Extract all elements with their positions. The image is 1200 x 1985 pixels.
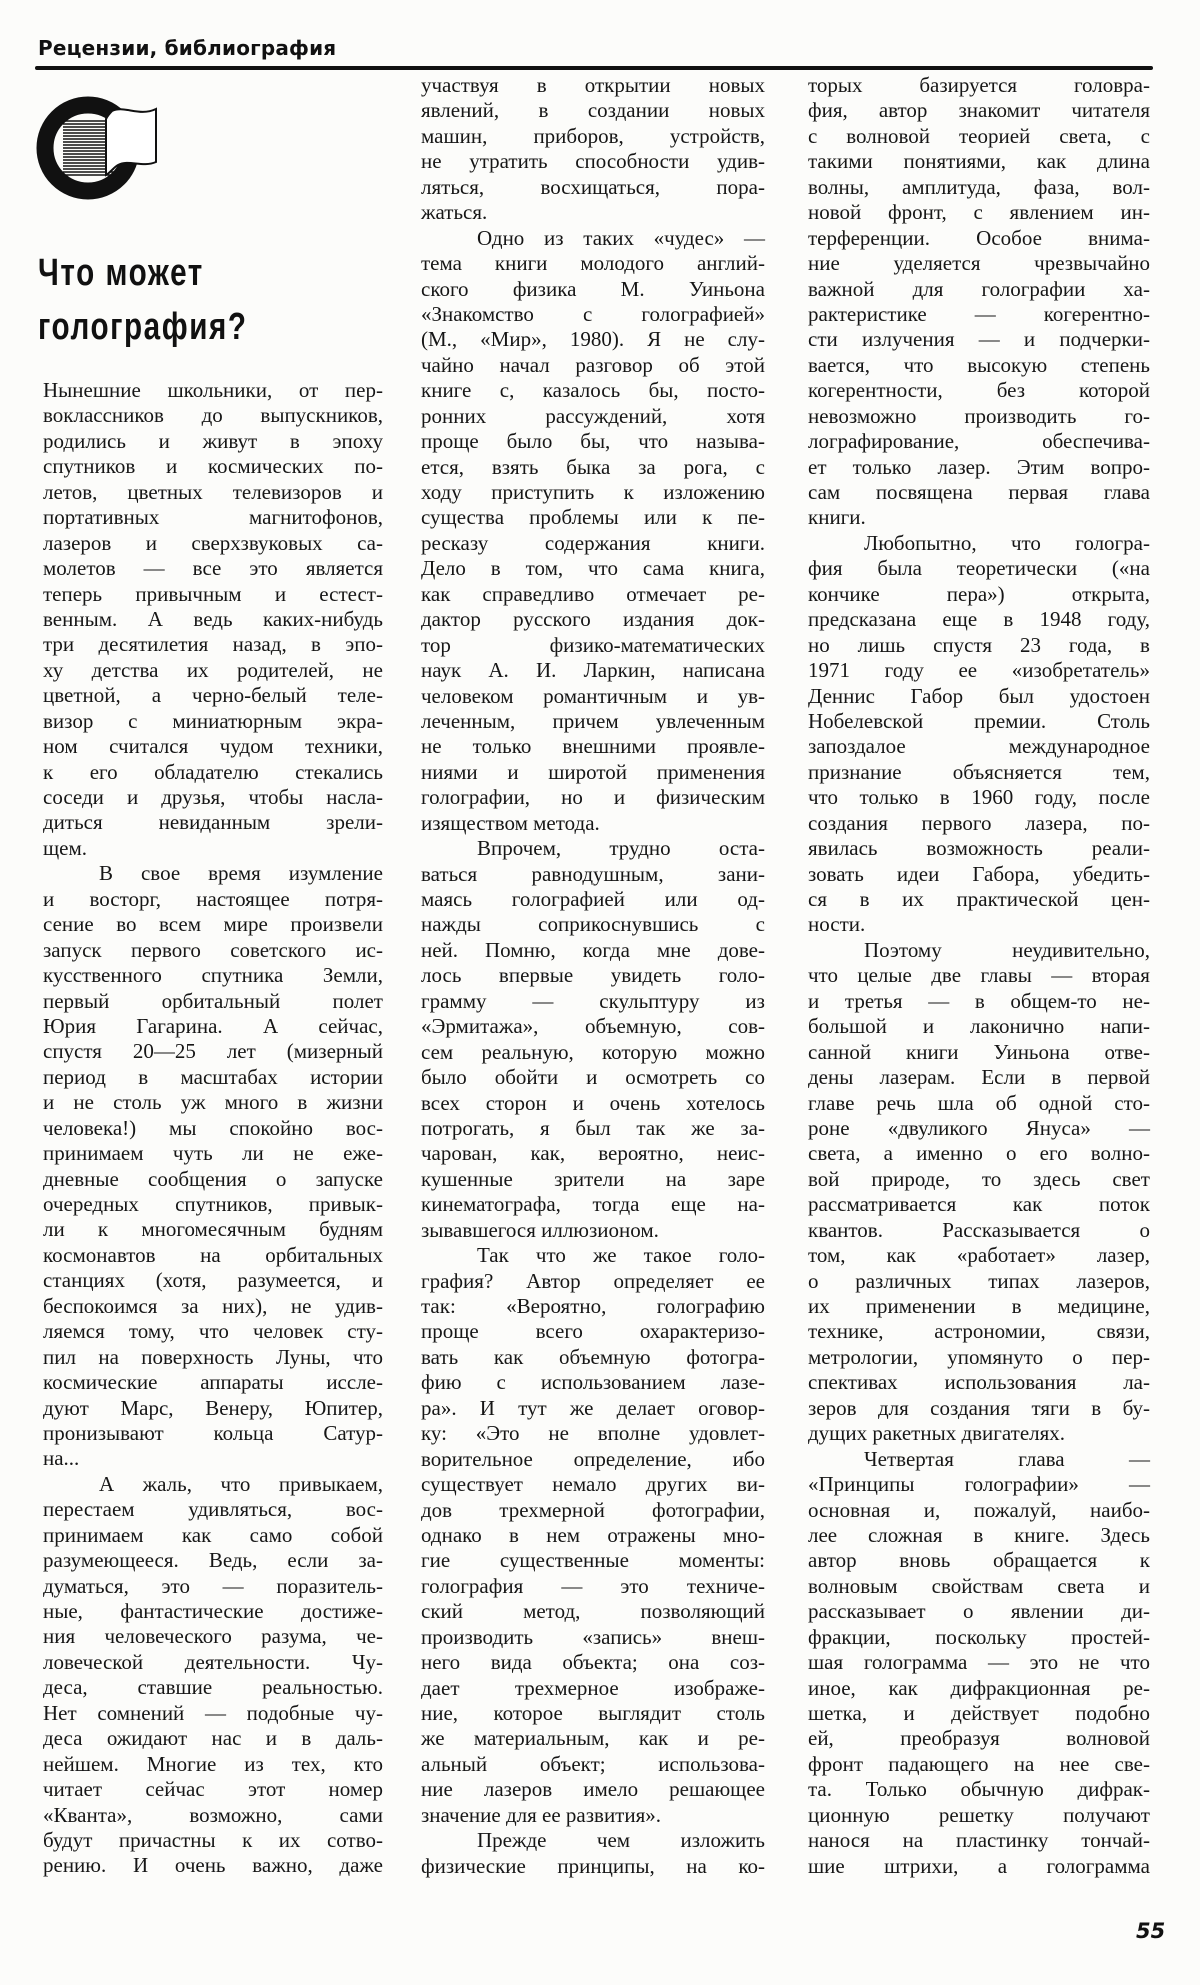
text-line: Деловтом,чтосамакнига, — [421, 556, 765, 581]
paragraph: Преждечемизложитьфизическиепринципы,нако… — [421, 1828, 765, 1879]
text-line: «Принципыголографии»— — [808, 1472, 1150, 1497]
text-line: существуетнемалодругихви- — [421, 1472, 765, 1497]
text-line: ДеннисГаборбылудостоен — [808, 684, 1150, 709]
text-column-2: участвуявоткрытииновыхявлений,всозданиин… — [421, 73, 765, 1879]
text-line: спустя20—25лет(мизерный — [43, 1039, 383, 1064]
text-line: ликмногомесячнымбудням — [43, 1217, 383, 1242]
text-line: каксправедливоотмечаетре- — [421, 582, 765, 607]
text-line: спутниковикосмическихпо- — [43, 454, 383, 479]
title-line-2: голография? — [38, 300, 248, 354]
text-line: ватькакобъемнуюфотогра- — [421, 1345, 765, 1370]
text-line: периодвмасштабахистории — [43, 1065, 383, 1090]
header-rule — [35, 66, 1153, 70]
paragraph: Четвертаяглава—«Принципыголографии»—осно… — [808, 1447, 1150, 1879]
text-line: «Кванта»,возможно,сами — [43, 1803, 383, 1828]
text-line: существапроблемыиликпе- — [421, 505, 765, 530]
text-line: вается,чтовысокуюстепень — [808, 353, 1150, 378]
text-line: космическиеаппаратыиссле- — [43, 1370, 383, 1395]
text-line: Нынешниешкольники,отпер- — [43, 378, 383, 403]
text-line: оразличныхтипахлазеров, — [808, 1269, 1150, 1294]
text-line: фия,авторзнакомитчитателя — [808, 98, 1150, 123]
text-line: кинематографа,тогдаещена- — [421, 1192, 765, 1217]
paragraph: Всвоевремяизумлениеивосторг,настоящеепот… — [43, 861, 383, 1472]
text-line: дневныесообщенияозапуске — [43, 1167, 383, 1192]
text-line: разумеющееся.Ведь,еслиза- — [43, 1548, 383, 1573]
title-line-1: Что может — [38, 246, 248, 300]
text-line: щем. — [43, 836, 383, 861]
text-line: ется,взятьбыказарога,с — [421, 455, 765, 480]
text-line: ватьсяравнодушным,зани- — [421, 862, 765, 887]
text-line: всехсторониоченьхотелось — [421, 1091, 765, 1116]
text-line: рению.Иоченьважно,даже — [43, 1853, 383, 1878]
text-line: жаться. — [421, 200, 765, 225]
text-line: предсказанаещев1948году, — [808, 607, 1150, 632]
text-line: созданияпервоголазера,по- — [808, 811, 1150, 836]
text-line: фронтпадающегонанеесве- — [808, 1752, 1150, 1777]
text-line: прощебылобы,чтоназыва- — [421, 429, 765, 454]
text-line: маясьголографиейилиод- — [421, 887, 765, 912]
text-line: леченным,причемувлеченным — [421, 709, 765, 734]
text-line: грамму—скульптуруиз — [421, 989, 765, 1014]
text-line: метрологии,упомянутоопер- — [808, 1345, 1150, 1370]
text-line: зывавшегося иллюзионом. — [421, 1218, 765, 1243]
text-line: явиласьвозможностьреали- — [808, 836, 1150, 861]
text-line: Преждечемизложить — [421, 1828, 765, 1853]
text-line: фиюсиспользованиемлазе- — [421, 1370, 765, 1395]
paragraph: Впрочем,труднооста-ватьсяравнодушным,зан… — [421, 836, 765, 1243]
text-line: ку:«Этоневполнеудовлет- — [421, 1421, 765, 1446]
text-line: однаковнемотраженымно- — [421, 1523, 765, 1548]
text-line: ционнуюрешеткуполучают — [808, 1803, 1150, 1828]
text-line: Такчтожетакоеголо- — [421, 1243, 765, 1268]
text-line: дуютМарс,Венеру,Юпитер, — [43, 1396, 383, 1421]
paragraph: Одноизтаких«чудес»—темакнигимолодогоангл… — [421, 226, 765, 837]
text-line: номсчиталсячудомтехники, — [43, 734, 383, 759]
text-line: «Знакомствосголографией» — [421, 302, 765, 327]
text-line: главеречьшлаободнойсто- — [808, 1091, 1150, 1116]
text-line: кончикепера»)открыта, — [808, 582, 1150, 607]
text-line: «Эрмитажа»,объемную,сов- — [421, 1014, 765, 1039]
text-line: кушенныезрителиназаре — [421, 1167, 765, 1192]
text-line: потрогать,ябылтакжеза- — [421, 1116, 765, 1141]
text-line: машин,приборов,устройств, — [421, 124, 765, 149]
text-line: нетольковнешнимипроявле- — [421, 734, 765, 759]
text-line: неговидаобъекта;онасоз- — [421, 1650, 765, 1675]
text-line: книгес,казалосьбы,посто- — [421, 378, 765, 403]
text-line: наждысоприкоснувшисьс — [421, 912, 765, 937]
text-line: читаетсейчасэтотномер — [43, 1777, 383, 1802]
text-line: лосьвпервыеувидетьголо- — [421, 963, 765, 988]
text-line: гиесущественныемоменты: — [421, 1548, 765, 1573]
text-line: графия?Авторопределяетее — [421, 1269, 765, 1294]
text-line: физическиепринципы,нако- — [421, 1854, 765, 1879]
text-line: торыхбазируетсяголовра- — [808, 73, 1150, 98]
text-line: дущих ракетных двигателях. — [808, 1421, 1150, 1446]
text-line: молетов—всеэтоявляется — [43, 556, 383, 581]
text-line: признаниеобъясняетсятем, — [808, 760, 1150, 785]
section-header: Рецензии, библиография — [38, 36, 336, 60]
text-line: принимаемчутьлинееже- — [43, 1141, 383, 1166]
text-line: ниячеловеческогоразума,че- — [43, 1624, 383, 1649]
text-line: невозможнопроизводитьго- — [808, 404, 1150, 429]
text-line: технике,астрономии,связи, — [808, 1319, 1150, 1344]
text-line: цветной,ачерно-белыйтеле- — [43, 683, 383, 708]
text-line: фиябылатеоретически(«на — [808, 556, 1150, 581]
text-line: запускпервогосоветскогоис- — [43, 938, 383, 963]
text-line: чайноначалразговоробэтой — [421, 353, 765, 378]
text-line: та.Толькообычнуюдифрак- — [808, 1777, 1150, 1802]
text-line: Поэтомунеудивительно, — [808, 938, 1150, 963]
text-line: том,как«работает»лазер, — [808, 1243, 1150, 1268]
text-line: ляемсятому,чточеловексту- — [43, 1319, 383, 1344]
text-line: новойфронт,сявлениемин- — [808, 200, 1150, 225]
text-line: думаться,это—поразитель- — [43, 1574, 383, 1599]
text-line: очередныхспутников,привык- — [43, 1192, 383, 1217]
text-line: ивосторг,настоящеепотря- — [43, 887, 383, 912]
text-line: лазеровисверхзвуковыхса- — [43, 531, 383, 556]
text-line: книги. — [808, 505, 1150, 530]
text-line: Одноизтаких«чудес»— — [421, 226, 765, 251]
paragraph: Поэтомунеудивительно,чтоцелыедвеглавы—вт… — [808, 938, 1150, 1447]
text-line: Ажаль,чтопривыкаем, — [43, 1472, 383, 1497]
text-line: будутпричастныкихсотво- — [43, 1828, 383, 1853]
text-line: Всвоевремяизумление — [43, 861, 383, 886]
text-line: дакторрусскогоизданиядок- — [421, 607, 765, 632]
text-line: волновымсвойствамсветаи — [808, 1574, 1150, 1599]
text-line: инестольужмноговжизни — [43, 1090, 383, 1115]
text-line: ресказусодержаниякниги. — [421, 531, 765, 556]
text-line: теперьпривычнымиестест- — [43, 582, 383, 607]
text-line: зоватьидеиГабора,убедить- — [808, 862, 1150, 887]
text-line: скийметод,позволяющий — [421, 1599, 765, 1624]
text-line: соседиидрузья,чтобынасла- — [43, 785, 383, 810]
text-line: света,аименнооеговолно- — [808, 1141, 1150, 1166]
text-line: худетстваихродителей,не — [43, 658, 383, 683]
text-line: семреальную,которуюможно — [421, 1040, 765, 1065]
text-line: первыйорбитальныйполет — [43, 989, 383, 1014]
page-number: 55 — [1136, 1919, 1165, 1943]
text-line: значение для ее развития». — [421, 1803, 765, 1828]
text-line: наукА.И.Ларкин,написана — [421, 658, 765, 683]
text-line: рактеристике—когерентно- — [808, 302, 1150, 327]
text-line: тридесятилетияназад,вэпо- — [43, 632, 383, 657]
text-line: ЮрияГагарина.Асейчас, — [43, 1014, 383, 1039]
text-line: летов,цветныхтелевизорови — [43, 480, 383, 505]
text-line: зеровдлясозданиятягивбу- — [808, 1396, 1150, 1421]
text-line: 1971годуее«изобретатель» — [808, 658, 1150, 683]
text-line: запоздалоемеждународное — [808, 734, 1150, 759]
text-line: большойилаконичнонапи- — [808, 1014, 1150, 1039]
text-column-3: торыхбазируетсяголовра-фия,авторзнакомит… — [808, 73, 1150, 1879]
text-line: Нобелевскойпремии.Столь — [808, 709, 1150, 734]
text-line: ные,фантастическиедостиже- — [43, 1599, 383, 1624]
text-line: саннойкнигиУиньонаотве- — [808, 1040, 1150, 1065]
text-line: человекомромантичнымиув- — [421, 684, 765, 709]
text-line: пронизываюткольцаСатур- — [43, 1421, 383, 1446]
text-line: неутратитьспособностиудив- — [421, 149, 765, 174]
text-line: когерентности,безкоторой — [808, 378, 1150, 403]
text-line: леесложнаявкниге.Здесь — [808, 1523, 1150, 1548]
paragraph: Любопытно,чтогологра-фиябылатеоретически… — [808, 531, 1150, 938]
text-line: Четвертаяглава— — [808, 1447, 1150, 1472]
text-line: терференции.Особоевнима- — [808, 226, 1150, 251]
text-line: десаожидаютнасивдаль- — [43, 1726, 383, 1751]
text-line: авторвновьобращаетсяк — [808, 1548, 1150, 1573]
text-line: станциях(хотя,разумеется,и — [43, 1268, 383, 1293]
text-line: Нетсомнений—подобныечу- — [43, 1701, 383, 1726]
text-line: скогофизикаМ.Уиньона — [421, 277, 765, 302]
text-line: голография—этотехниче- — [421, 1574, 765, 1599]
text-line: стиизлучения—иподчерки- — [808, 327, 1150, 352]
text-line: рассказываетоявленииди- — [808, 1599, 1150, 1624]
text-line: ходуприступитькизложению — [421, 480, 765, 505]
text-line: нейшем.Многиеизтех,кто — [43, 1752, 383, 1777]
text-line: изяществом метода. — [421, 811, 765, 836]
text-line: ра».Итутжеделаетоговор- — [421, 1396, 765, 1421]
text-line: сволновойтеориейсвета,с — [808, 124, 1150, 149]
text-line: важнойдляголографииха- — [808, 277, 1150, 302]
text-line: ловеческойдеятельности.Чу- — [43, 1650, 383, 1675]
text-line: войприроде,тоздесьсвет — [808, 1167, 1150, 1192]
text-line: спективахиспользованияла- — [808, 1370, 1150, 1395]
text-line: участвуявоткрытииновых — [421, 73, 765, 98]
text-line: (М.,«Мир»,1980).Янеслу- — [421, 327, 765, 352]
text-line: ней.Помню,когдамнедове- — [421, 938, 765, 963]
paragraph: Такчтожетакоеголо-графия?Авторопределяет… — [421, 1243, 765, 1828]
text-line: принимаемкаксамособой — [43, 1523, 383, 1548]
text-line: космонавтовнаорбитальных — [43, 1243, 383, 1268]
paragraph: Ажаль,чтопривыкаем,перестаемудивляться,в… — [43, 1472, 383, 1879]
text-line: производить«запись»внеш- — [421, 1625, 765, 1650]
article-title: Что может голография? — [38, 246, 248, 354]
text-line: сениевовсеммирепроизвели — [43, 912, 383, 937]
text-line: рассматриваетсякакпоток — [808, 1192, 1150, 1217]
text-line: лографирование,обеспечива- — [808, 429, 1150, 454]
text-line: кусственногоспутникаЗемли, — [43, 963, 383, 988]
text-line: ляться,восхищаться,пора- — [421, 175, 765, 200]
text-line: роннихрассуждений,хотя — [421, 404, 765, 429]
text-line: ниеуделяетсячрезвычайно — [808, 251, 1150, 276]
text-line: нолишьспустя23года,в — [808, 633, 1150, 658]
text-line: ниелазеровимелорешающее — [421, 1777, 765, 1802]
text-line: ниямииширотойприменения — [421, 760, 765, 785]
text-line: голографии,ноифизическим — [421, 785, 765, 810]
text-line: довтрехмернойфотографии, — [421, 1498, 765, 1523]
text-line: беспокоимсязаних),неудив- — [43, 1294, 383, 1319]
text-line: Любопытно,чтогологра- — [808, 531, 1150, 556]
text-line: такимипонятиями,какдлина — [808, 149, 1150, 174]
text-line: чтотольков1960году,после — [808, 785, 1150, 810]
text-line: сявихпрактическойцен- — [808, 887, 1150, 912]
text-line: Впрочем,труднооста- — [421, 836, 765, 861]
text-line: перестаемудивляться,вос- — [43, 1497, 383, 1522]
text-line: явлений,всозданииновых — [421, 98, 765, 123]
text-line: так:«Вероятно,голографию — [421, 1294, 765, 1319]
text-line: ихприменениивмедицине, — [808, 1294, 1150, 1319]
text-column-1: Нынешниешкольники,отпер-воклассниковдовы… — [43, 378, 383, 1879]
text-line: итретья—вобщем-тоне- — [808, 989, 1150, 1014]
text-line: шетка,идействуетподобно — [808, 1701, 1150, 1726]
text-line: визорсминиатюрнымэкра- — [43, 709, 383, 734]
text-line: пилнаповерхностьЛуны,что — [43, 1345, 383, 1370]
paragraph: участвуявоткрытииновыхявлений,всозданиин… — [421, 73, 765, 226]
text-line: волны,амплитуда,фаза,вол- — [808, 175, 1150, 200]
text-line: былообойтииосмотретьсо — [421, 1065, 765, 1090]
text-line: ние,котороевыглядитстоль — [421, 1701, 765, 1726]
text-line: жематериальным,какире- — [421, 1726, 765, 1751]
text-line: наносянапластинкутончай- — [808, 1828, 1150, 1853]
text-line: ности. — [808, 912, 1150, 937]
text-line: основнаяи,пожалуй,наибо- — [808, 1498, 1150, 1523]
text-line: роне«двуликогоЯнуса»— — [808, 1116, 1150, 1141]
text-line: портативныхмагнитофонов, — [43, 505, 383, 530]
text-line: ей,преобразуяволновой — [808, 1726, 1150, 1751]
text-line: темакнигимолодогоанглий- — [421, 251, 765, 276]
text-line: даеттрехмерноеизображе- — [421, 1676, 765, 1701]
text-line: еттольколазер.Этимвопро- — [808, 455, 1150, 480]
text-line: венным.Аведькаких-нибудь — [43, 607, 383, 632]
text-line: шаяголограмма—этонечто — [808, 1650, 1150, 1675]
text-line: ворительноеопределение,ибо — [421, 1447, 765, 1472]
text-line: сампосвященаперваяглава — [808, 480, 1150, 505]
paragraph: Нынешниешкольники,отпер-воклассниковдовы… — [43, 378, 383, 861]
text-line: человека!)мыспокойновос- — [43, 1116, 383, 1141]
text-line: кегообладателюстекались — [43, 760, 383, 785]
text-line: фракции,посколькупростей- — [808, 1625, 1150, 1650]
paragraph: торыхбазируетсяголовра-фия,авторзнакомит… — [808, 73, 1150, 531]
text-line: чарован,как,вероятно,неис- — [421, 1141, 765, 1166]
text-line: родилисьиживутвэпоху — [43, 429, 383, 454]
text-line: чтоцелыедвеглавы—вторая — [808, 963, 1150, 988]
text-line: денылазерам.Есливпервой — [808, 1065, 1150, 1090]
text-line: на... — [43, 1446, 383, 1471]
text-line: иное,какдифракционнаяре- — [808, 1676, 1150, 1701]
text-line: прощевсегоохарактеризо- — [421, 1319, 765, 1344]
text-line: шиештрихи,аголограмма — [808, 1854, 1150, 1879]
text-line: воклассниковдовыпускников, — [43, 403, 383, 428]
text-line: альныйобъект;использова- — [421, 1752, 765, 1777]
text-line: деса,ставшиереальностью. — [43, 1675, 383, 1700]
ring-with-flag-logo-icon — [34, 95, 164, 205]
text-line: торфизико-математических — [421, 633, 765, 658]
text-line: дитьсяневиданнымзрели- — [43, 810, 383, 835]
text-line: квантов.Рассказываетсяо — [808, 1218, 1150, 1243]
